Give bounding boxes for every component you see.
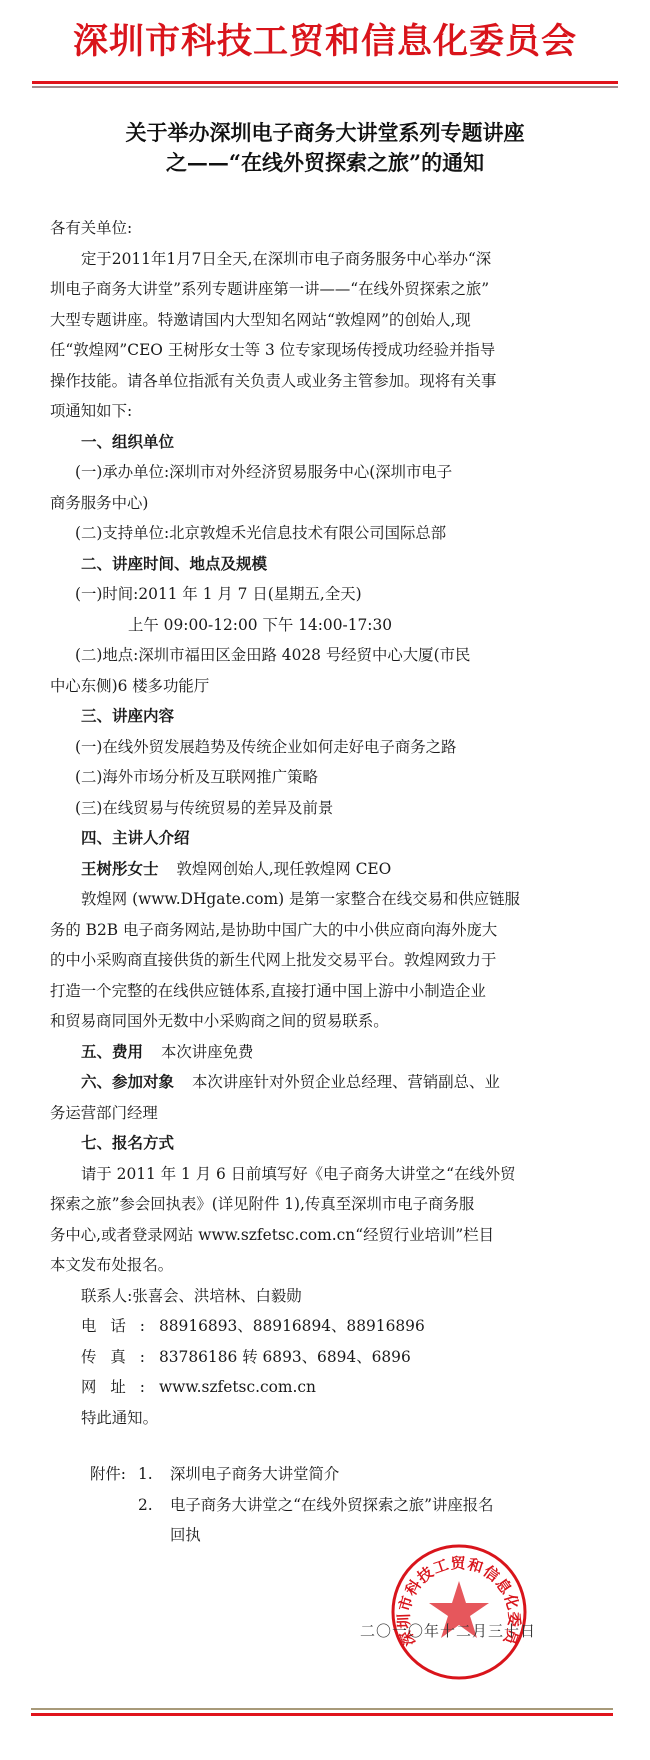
section-heading-time-place: 二、讲座时间、地点及规模 [50,549,600,580]
contact-web: 网址:www.szfetsc.com.cn [50,1372,600,1403]
registration-line: 本文发布处报名。 [50,1250,600,1281]
intro-line: 定于2011年1月7日全天,在深圳市电子商务服务中心举办“深 [50,244,600,275]
lecture-place: (二)地点:深圳市福田区金田路 4028 号经贸中心大厦(市民 [50,640,600,671]
content-item: (三)在线贸易与传统贸易的差异及前景 [50,793,600,824]
attachment-item-1: 附件:1.深圳电子商务大讲堂简介 [90,1459,610,1490]
audience-line: 六、参加对象本次讲座针对外贸企业总经理、营销副总、业 [50,1067,600,1098]
fee-text: 本次讲座免费 [161,1043,253,1061]
audience-text: 本次讲座针对外贸企业总经理、营销副总、业 [192,1073,500,1091]
section-heading-organizers: 一、组织单位 [50,427,600,458]
speaker-bio-line: 和贸易商同国外无数中小采购商之间的贸易联系。 [50,1006,600,1037]
attachment-item-2: 2.电子商务大讲堂之“在线外贸探索之旅”讲座报名 [90,1490,610,1521]
section-heading-content: 三、讲座内容 [50,701,600,732]
registration-line: 探索之旅”参会回执表》(详见附件 1),传真至深圳市电子商务服 [50,1189,600,1220]
masthead-red-rule [32,81,618,84]
masthead-grey-rule [32,86,618,88]
footer-grey-rule [31,1708,613,1710]
contact-phone: 电话:88916893、88916894、88916896 [50,1311,600,1342]
closing-line: 特此通知。 [50,1403,600,1434]
section-heading-audience: 六、参加对象 [81,1073,174,1091]
speaker-bio-line: 敦煌网 (www.DHgate.com) 是第一家整合在线交易和供应链服 [50,884,600,915]
contact-people: 联系人:张喜会、洪培林、白毅勋 [50,1281,600,1312]
speaker-line: 王树彤女士敦煌网创始人,现任敦煌网 CEO [50,854,600,885]
contact-people-value: 张喜会、洪培林、白毅勋 [132,1287,301,1305]
footer-red-rule [31,1713,613,1716]
attachment-text: 电子商务大讲堂之“在线外贸探索之旅”讲座报名 [170,1496,494,1514]
title-line-1: 关于举办深圳电子商务大讲堂系列专题讲座 [0,118,650,148]
fee-line: 五、费用本次讲座免费 [50,1037,600,1068]
intro-line: 圳电子商务大讲堂”系列专题讲座第一讲——“在线外贸探索之旅” [50,274,600,305]
content-item: (二)海外市场分析及互联网推广策略 [50,762,600,793]
contact-fax-value: 83786186 转 6893、6894、6896 [159,1348,411,1366]
section-heading-fee: 五、费用 [81,1043,143,1061]
organizer-host-cont: 商务服务中心) [50,488,600,519]
registration-line: 请于 2011 年 1 月 6 日前填写好《电子商务大讲堂之“在线外贸 [50,1159,600,1190]
lecture-time-slots: 上午 09:00-12:00 下午 14:00-17:30 [50,610,600,641]
masthead-org-name: 深圳市科技工贸和信息化委员会 [0,20,650,64]
section-heading-registration: 七、报名方式 [50,1128,600,1159]
attachment-text: 深圳电子商务大讲堂简介 [170,1465,339,1483]
intro-line: 大型专题讲座。特邀请国内大型知名网站“敦煌网”的创始人,现 [50,305,600,336]
contact-fax: 传真:83786186 转 6893、6894、6896 [50,1342,600,1373]
intro-line: 任“敦煌网”CEO 王树彤女士等 3 位专家现场传授成功经验并指导 [50,335,600,366]
issue-date: 二〇一〇年十二月三十日 [360,1620,620,1641]
title-line-2: 之——“在线外贸探索之旅”的通知 [0,148,650,178]
section-heading-speaker: 四、主讲人介绍 [50,823,600,854]
contact-web-label: 网址: [81,1372,159,1403]
intro-line: 项通知如下: [50,396,600,427]
organizer-host: (一)承办单位:深圳市对外经济贸易服务中心(深圳市电子 [50,457,600,488]
speaker-bio-line: 务的 B2B 电子商务网站,是协助中国广大的中小供应商向海外庞大 [50,915,600,946]
contact-phone-label: 电话: [81,1311,159,1342]
speaker-title: 敦煌网创始人,现任敦煌网 CEO [177,860,392,878]
speaker-bio-line: 的中小采购商直接供货的新生代网上批发交易平台。敦煌网致力于 [50,945,600,976]
attachments: 附件:1.深圳电子商务大讲堂简介 2.电子商务大讲堂之“在线外贸探索之旅”讲座报… [90,1459,610,1551]
lecture-time: (一)时间:2011 年 1 月 7 日(星期五,全天) [50,579,600,610]
lecture-place-cont: 中心东侧)6 楼多功能厅 [50,671,600,702]
salutation: 各有关单位: [50,213,600,244]
attachment-num: 1. [138,1459,170,1490]
contact-phone-value: 88916893、88916894、88916896 [159,1317,425,1335]
notice-document: 深圳市科技工贸和信息化委员会 关于举办深圳电子商务大讲堂系列专题讲座 之——“在… [0,0,650,1760]
intro-line: 操作技能。请各单位指派有关负责人或业务主管参加。现将有关事 [50,366,600,397]
organizer-support: (二)支持单位:北京敦煌禾光信息技术有限公司国际总部 [50,518,600,549]
attachment-item-2-cont: 回执 [90,1520,610,1551]
contact-people-label: 联系人: [81,1287,132,1305]
contact-web-value: www.szfetsc.com.cn [159,1378,316,1396]
registration-line: 务中心,或者登录网站 www.szfetsc.com.cn“经贸行业培训”栏目 [50,1220,600,1251]
content-item: (一)在线外贸发展趋势及传统企业如何走好电子商务之路 [50,732,600,763]
official-seal-icon: 深圳市科技工贸和信息化委员会 [390,1543,528,1681]
attachment-num: 2. [138,1490,170,1521]
attachments-label: 附件: [90,1459,138,1490]
audience-text-cont: 务运营部门经理 [50,1098,600,1129]
document-body: 各有关单位: 定于2011年1月7日全天,在深圳市电子商务服务中心举办“深 圳电… [50,213,600,1433]
speaker-bio-line: 打造一个完整的在线供应链体系,直接打通中国上游中小制造企业 [50,976,600,1007]
document-title: 关于举办深圳电子商务大讲堂系列专题讲座 之——“在线外贸探索之旅”的通知 [0,118,650,178]
contact-fax-label: 传真: [81,1342,159,1373]
speaker-name: 王树彤女士 [81,860,159,878]
